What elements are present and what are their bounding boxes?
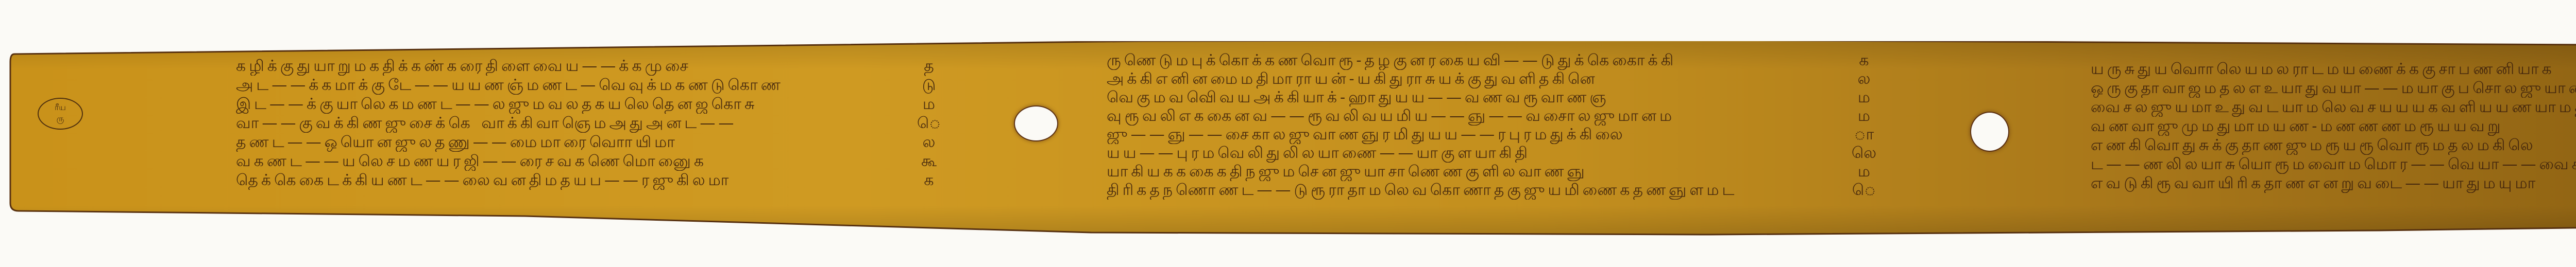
margin-column-2: க ல ம ம ா லெ ம ெ — [1849, 51, 1879, 200]
margin-glyph: த — [913, 57, 944, 76]
text-column-3: யருசுதுயவொாலெயமலராடமயணைக்ககுசாபணனியாக ஒர… — [2091, 60, 2576, 193]
annotation-line-2: ரு — [57, 114, 64, 123]
margin-glyph: ல — [1849, 70, 1879, 88]
margin-glyph: ம — [913, 95, 944, 114]
text-line: தணட——ஒயொனஜுலதணு——மைமாரைவொாயிமா — [236, 133, 906, 152]
text-line: இட——க்குயாலெகமணட——லஜுமவலதகயலெதெனஜகொசு — [236, 95, 906, 114]
annotation-line-1: ரீய — [55, 102, 66, 112]
string-hole-left — [1014, 105, 1058, 141]
margin-glyph: லெ — [1849, 144, 1879, 163]
text-line: வுரூவலிஎககைனவ——ரூவலிவயமிய——ஞு——வசைாலஜுமா… — [1107, 107, 1838, 126]
margin-glyph: கூ — [913, 152, 944, 171]
margin-glyph: க — [1849, 51, 1879, 70]
text-line: எவடுகிரூவவாயிரிகதாணஎனறுவடை——யாதுமயுமா — [2091, 174, 2576, 193]
margin-glyph: க — [913, 171, 944, 190]
text-line: ருணெடுமபுக்கொக்கணவொரூ-தழகுனரகையவி——டுதுக… — [1107, 51, 1838, 70]
circled-margin-annotation: ரீய ரு — [38, 98, 83, 130]
text-line: திரிகதநணொணட——டுரூராதாமலெவகொணாதகுஜுயமிணைக… — [1107, 181, 1838, 200]
text-line: யய——புரமவெலிதுலிலயாணை——யாகுளயாகிதி — [1107, 144, 1838, 163]
text-line: வணவாஜுமுமதுமாமயண-மணணணமரூயயவறு — [2091, 117, 2576, 136]
margin-glyph: ா — [1849, 126, 1879, 144]
text-line: அக்கிஎனினமைமதிமாராயன்-யகிதுராசுயக்குதுவள… — [1107, 70, 1838, 88]
text-line: தெக்கெகைடக்கியணட——லைவனதிமதயப——ரஜுகிலமா — [236, 171, 906, 190]
text-line: வெகுமவவெிவயஅக்கியாக்-ஹாதுயய——வணவரூவாணஞ — [1107, 88, 1838, 107]
palm-leaf-folio: ரீய ரு கழிக்குதுயாறுமகதிக்கண்கரைதிளைவைய—… — [9, 41, 2576, 236]
text-line: ஜு——ஞு——சைகாலஜுவாணஞுரமிதுயய——ரபுரமதுக்கி… — [1107, 126, 1838, 144]
text-line: கழிக்குதுயாறுமகதிக்கண்கரைதிளைவைய——க்கமுச… — [236, 57, 906, 76]
text-line: வைசலஜுயமாஉதுவடயாமலெவசயயயகவளியயணயாமதி — [2091, 98, 2576, 117]
margin-glyph: ல — [913, 133, 944, 152]
string-hole-right — [1970, 112, 2009, 152]
margin-glyph: ெ — [913, 114, 944, 133]
text-line: யாகியகககைகதிநஜுமசெனஜுயாசாணெணகுளிலவாணஞு — [1107, 163, 1838, 181]
margin-glyph: ெ — [1849, 181, 1879, 200]
margin-glyph: ம — [1849, 163, 1879, 181]
margin-glyph: ம — [1849, 88, 1879, 107]
text-line: ட——ணலிலயாசுயொரூமவைாமமொர——வெயா——வைசலஜுயாண… — [2091, 155, 2576, 174]
margin-glyph: ம — [1849, 107, 1879, 126]
text-line: எணகிவொதுசுக்குதாணஜுமரூயரூவொரூமதலமகிலெ — [2091, 136, 2576, 155]
text-line: அட——க்கமாக்குடே——யயணஞ்மணட—வெவுக்மகணடுகொண — [236, 76, 906, 95]
text-column-2: ருணெடுமபுக்கொக்கணவொரூ-தழகுனரகையவி——டுதுக… — [1107, 51, 1838, 200]
text-line: வா——குவக்கிணஜுசைக்கெ வாக்கிவாஞெமஅதுஅனட—— — [236, 114, 906, 133]
margin-column-1: த டு ம ெ ல கூ க — [913, 57, 944, 190]
text-line: ஒருகுதாவாஜமதலஎஉயாதுவயா——மயாகுபசொலஜுயாணஜு — [2091, 79, 2576, 98]
text-line: யருசுதுயவொாலெயமலராடமயணைக்ககுசாபணனியாக — [2091, 60, 2576, 79]
margin-glyph: டு — [913, 76, 944, 95]
text-line: வகணட——யலெசமணயரஜி——ரைசவகணெமொனுைக — [236, 152, 906, 171]
text-column-1: கழிக்குதுயாறுமகதிக்கண்கரைதிளைவைய——க்கமுச… — [236, 57, 906, 190]
